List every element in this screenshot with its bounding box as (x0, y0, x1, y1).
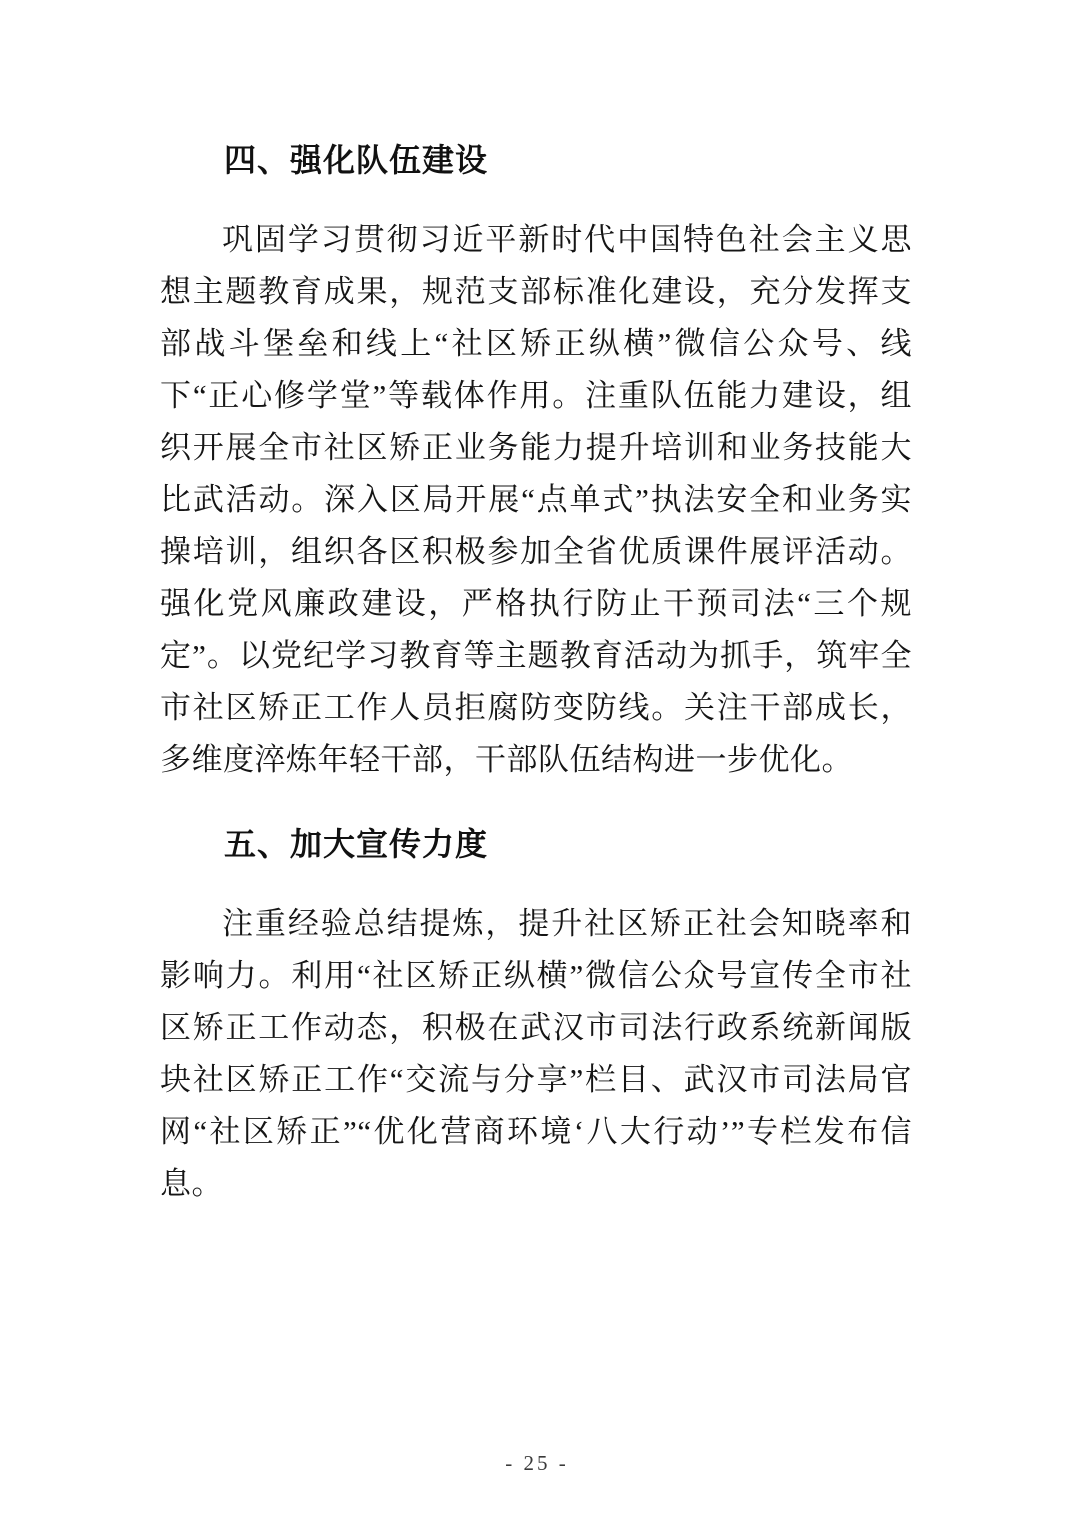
document-content: 四、强化队伍建设 巩固学习贯彻习近平新时代中国特色社会主义思想主题教育成果，规范… (160, 134, 912, 1210)
section-heading-5: 五、加大宣传力度 (160, 818, 912, 870)
section-4-paragraph: 巩固学习贯彻习近平新时代中国特色社会主义思想主题教育成果，规范支部标准化建设，充… (160, 214, 912, 786)
page-number: - 25 - (0, 1451, 1074, 1476)
section-heading-4: 四、强化队伍建设 (160, 134, 912, 186)
document-page: 四、强化队伍建设 巩固学习贯彻习近平新时代中国特色社会主义思想主题教育成果，规范… (0, 0, 1074, 1520)
section-5-paragraph: 注重经验总结提炼，提升社区矫正社会知晓率和影响力。利用“社区矫正纵横”微信公众号… (160, 898, 912, 1210)
